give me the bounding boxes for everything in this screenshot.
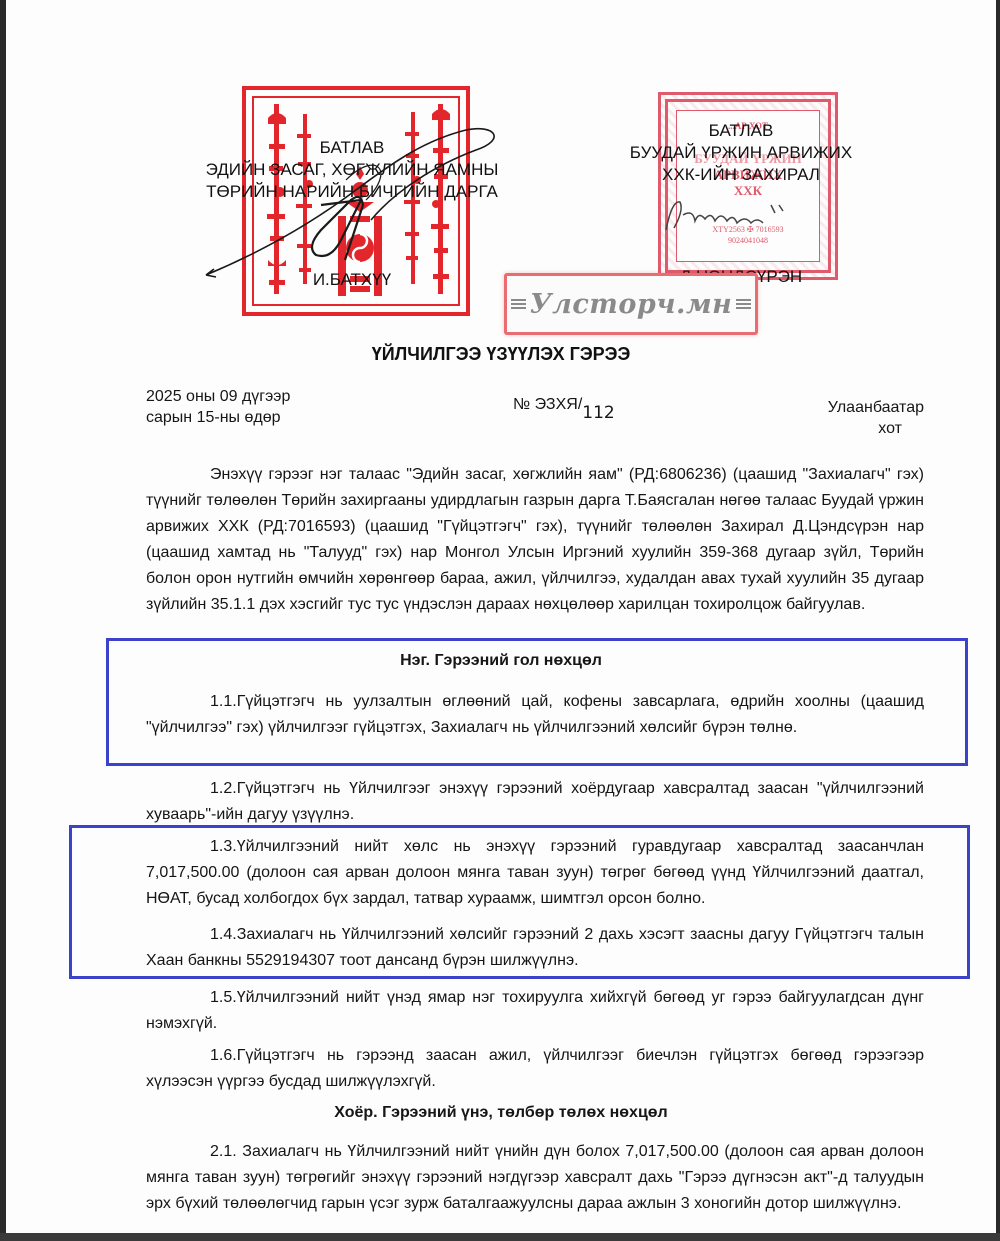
clause-1-3: 1.3.Үйлчилгээний нийт хөлс нь энэхүү гэр… [146,834,924,912]
clause-2-1: 2.1. Захиалагч нь Үйлчилгээний нийт үний… [146,1139,924,1217]
clause-1-2: 1.2.Гүйцэтгэгч нь Үйлчилгээг энэхүү гэрэ… [146,776,924,828]
document-page: ...АР ХОТ БУУДАЙ ҮРЖИН АРВИЖИХ ХХК ХТҮ25… [6,0,996,1233]
approval-title-line: ЭДИЙН ЗАСАГ, ХӨГЖЛИЙН ЯАМНЫ [184,159,520,181]
approval-title-line: ТӨРИЙН НАРИЙН БИЧГИЙН ДАРГА [184,181,520,203]
approval-block-ministry: БАТЛАВ ЭДИЙН ЗАСАГ, ХӨГЖЛИЙН ЯАМНЫ ТӨРИЙ… [184,137,520,291]
approval-signatory: И.БАТХҮҮ [184,269,520,291]
screen-frame-bottom [0,1233,1000,1241]
contract-number: № ЭЗХЯ/112 [513,394,615,414]
contract-number-handwritten: 112 [582,403,614,423]
approval-title-line: ХХК-ИЙН ЗАХИРАЛ [606,164,876,186]
section-heading-1: Нэг. Гэрээний гол нөхцөл [6,652,996,670]
screen-frame-right [996,0,1000,1241]
date-line: сарын 15-ны өдөр [146,407,290,428]
contract-number-prefix: № ЭЗХЯ/ [513,396,582,413]
document-title: ҮЙЛЧИЛГЭЭ ҮЗҮҮЛЭХ ГЭРЭЭ [6,344,996,365]
site-watermark: Улсторч.мн [504,273,758,335]
watermark-wing-icon [511,299,526,309]
clause-1-4: 1.4.Захиалагч нь Үйлчилгээний хөлсийг гэ… [146,922,924,974]
place-line: хот [806,418,924,439]
clause-1-6: 1.6.Гүйцэтгэгч нь гэрээнд заасан ажил, ү… [146,1043,924,1095]
watermark-wing-icon [736,299,751,309]
approval-heading: БАТЛАВ [184,137,520,159]
contract-place: Улаанбаатар хот [806,397,924,439]
date-line: 2025 оны 09 дүгээр [146,386,290,407]
approval-title-line: БУУДАЙ ҮРЖИН АРВИЖИХ [606,142,876,164]
clause-1-1: 1.1.Гүйцэтгэгч нь уулзалтын өглөөний цай… [146,689,924,741]
intro-paragraph: Энэхүү гэрээг нэг талаас "Эдийн засаг, х… [146,462,924,618]
place-line: Улаанбаатар [806,397,924,418]
contract-date: 2025 оны 09 дүгээр сарын 15-ны өдөр [146,386,290,428]
section-heading-2: Хоёр. Гэрээний үнэ, төлбөр төлөх нөхцөл [6,1104,996,1122]
clause-1-5: 1.5.Үйлчилгээний нийт үнэд ямар нэг тохи… [146,985,924,1037]
approval-heading: БАТЛАВ [606,120,876,142]
watermark-text: Улсторч.мн [530,289,733,320]
approval-block-company: БАТЛАВ БУУДАЙ ҮРЖИН АРВИЖИХ ХХК-ИЙН ЗАХИ… [606,120,876,288]
